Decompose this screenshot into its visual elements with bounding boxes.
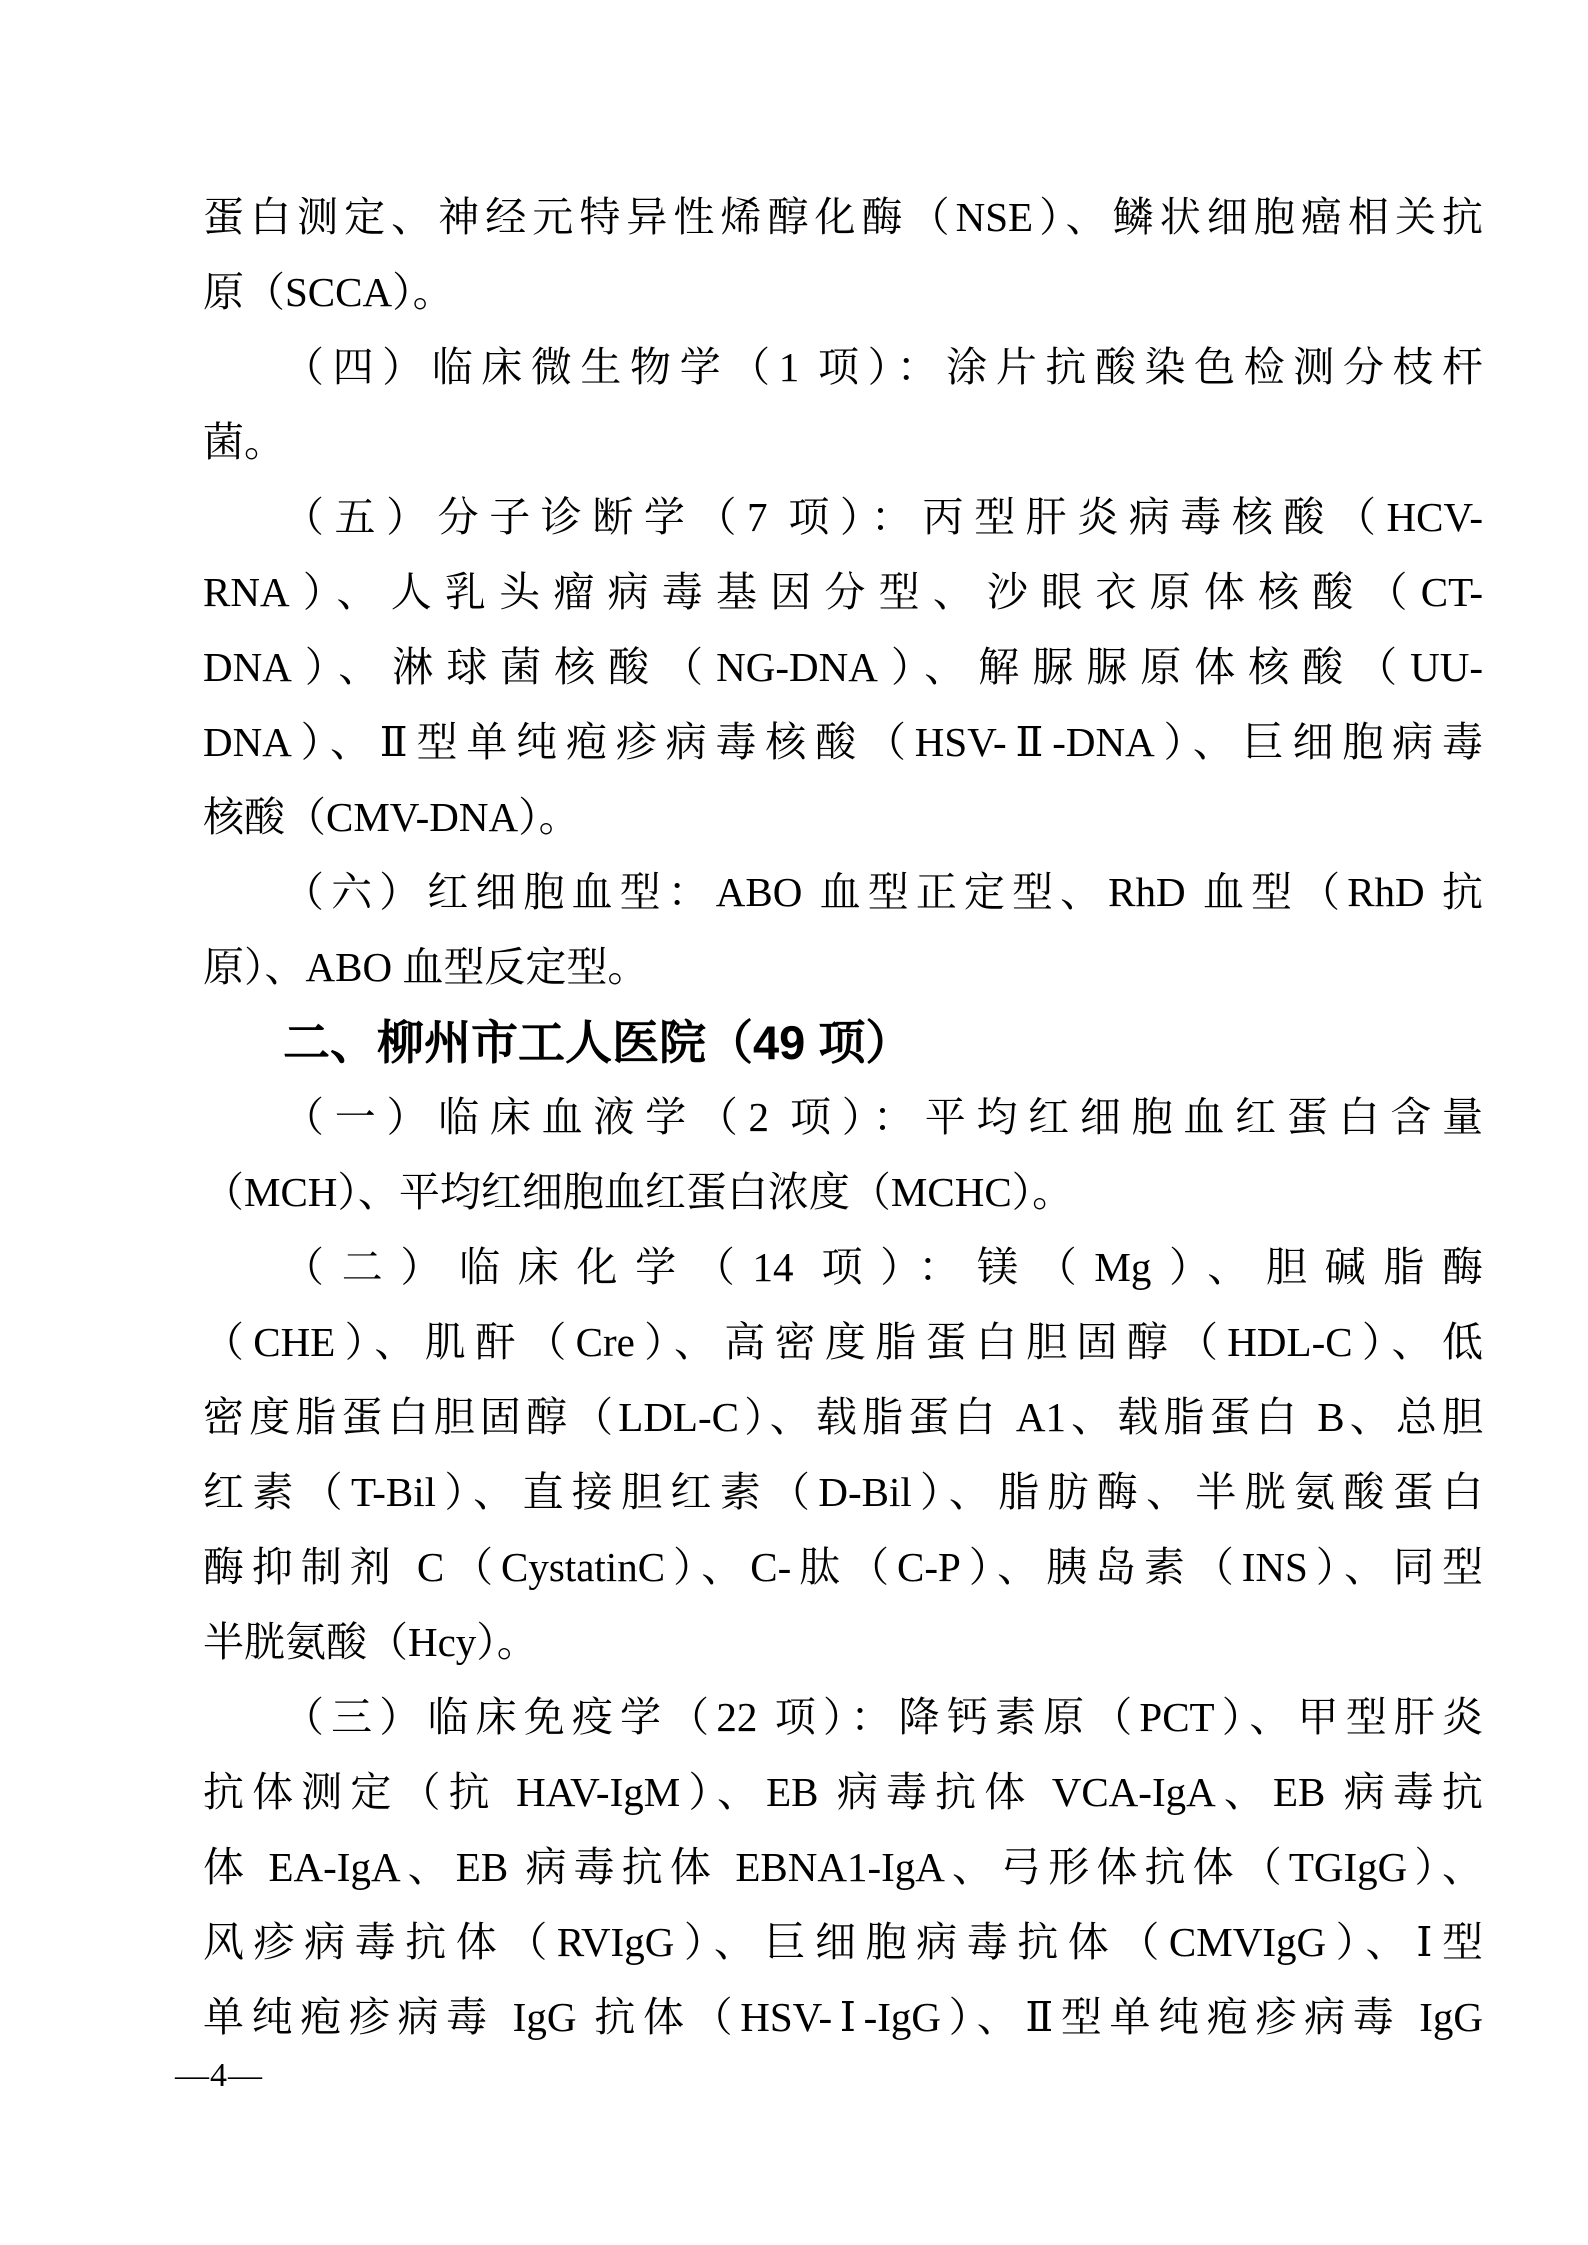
text-line: 体 EA-IgA、EB 病毒抗体 EBNA1-IgA、弓形体抗体（TGIgG）、: [203, 1830, 1483, 1905]
text-line: （六）红细胞血型：ABO 血型正定型、RhD 血型（RhD 抗: [203, 855, 1483, 930]
text-line: 抗体测定（抗 HAV-IgM）、EB 病毒抗体 VCA-IgA、EB 病毒抗: [203, 1755, 1483, 1830]
text-line: DNA）、Ⅱ型单纯疱疹病毒核酸（HSV-Ⅱ-DNA）、巨细胞病毒: [203, 705, 1483, 780]
text-line: （五）分子诊断学（7 项）：丙型肝炎病毒核酸（HCV-: [203, 480, 1483, 555]
text-line: （CHE）、肌酐（Cre）、高密度脂蛋白胆固醇（HDL-C）、低: [203, 1305, 1483, 1380]
text-line: 原）、ABO 血型反定型。: [203, 930, 1483, 1005]
text-line: DNA）、淋球菌核酸（NG-DNA）、解脲脲原体核酸（UU-: [203, 630, 1483, 705]
text-line: （一）临床血液学（2 项）：平均红细胞血红蛋白含量: [203, 1080, 1483, 1155]
text-line: RNA）、人乳头瘤病毒基因分型、沙眼衣原体核酸（CT-: [203, 555, 1483, 630]
text-line: 蛋白测定、神经元特异性烯醇化酶（NSE）、鳞状细胞癌相关抗: [203, 180, 1483, 255]
text-line: 风疹病毒抗体（RVIgG）、巨细胞病毒抗体（CMVIgG）、Ⅰ型: [203, 1905, 1483, 1980]
text-line: 核酸（CMV-DNA）。: [203, 780, 1483, 855]
text-line: 红素（T-Bil）、直接胆红素（D-Bil）、脂肪酶、半胱氨酸蛋白: [203, 1455, 1483, 1530]
text-line: 原（SCCA）。: [203, 255, 1483, 330]
section-heading: 二、柳州市工人医院（49 项）: [203, 1005, 1483, 1080]
text-line: 酶抑制剂 C（CystatinC）、C-肽（C-P）、胰岛素（INS）、同型: [203, 1530, 1483, 1605]
text-line: 密度脂蛋白胆固醇（LDL-C）、载脂蛋白 A1、载脂蛋白 B、总胆: [203, 1380, 1483, 1455]
document-text-block: 蛋白测定、神经元特异性烯醇化酶（NSE）、鳞状细胞癌相关抗 原（SCCA）。 （…: [203, 180, 1483, 2055]
text-line: （三）临床免疫学（22 项）：降钙素原（PCT）、甲型肝炎: [203, 1680, 1483, 1755]
text-line: （MCH）、平均红细胞血红蛋白浓度（MCHC）。: [203, 1155, 1483, 1230]
document-page: 蛋白测定、神经元特异性烯醇化酶（NSE）、鳞状细胞癌相关抗 原（SCCA）。 （…: [0, 0, 1588, 2245]
text-line: 半胱氨酸（Hcy）。: [203, 1605, 1483, 1680]
text-line: 菌。: [203, 405, 1483, 480]
text-line: （二）临床化学（14 项）：镁（Mg）、胆碱脂酶: [203, 1230, 1483, 1305]
text-line: 单纯疱疹病毒 IgG 抗体（HSV-Ⅰ-IgG）、Ⅱ型单纯疱疹病毒 IgG: [203, 1980, 1483, 2055]
text-line: （四）临床微生物学（1 项）：涂片抗酸染色检测分枝杆: [203, 330, 1483, 405]
page-number: —4—: [175, 2056, 263, 2096]
